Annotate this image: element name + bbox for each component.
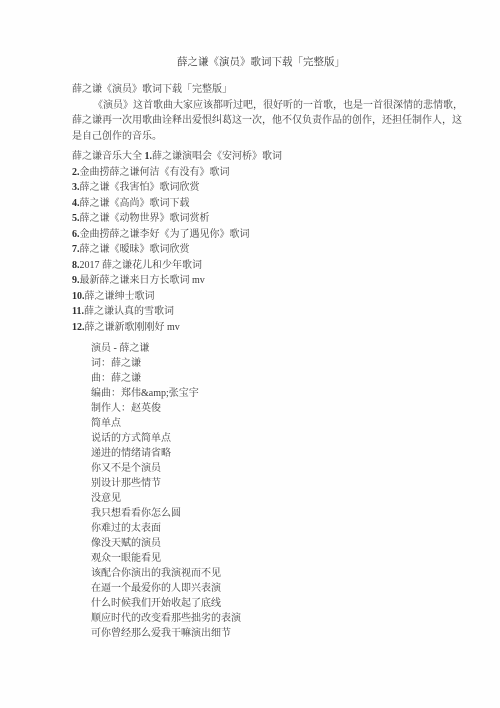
list-item-number: 7. — [72, 244, 80, 255]
list-item-number: 5. — [72, 213, 80, 224]
list-item-number: 4. — [72, 198, 80, 209]
list-item-number: 8. — [72, 260, 80, 271]
list-item: 10.薛之谦绅士歌词 — [72, 289, 450, 305]
lyric-line: 别设计那些情节 — [91, 476, 450, 491]
list-item-text: 薛之谦绅士歌词 — [85, 291, 155, 302]
intro-paragraph-line: 《演员》这首歌曲大家应该都听过吧，很好听的一首歌，也是一首很深情的悲情歌， — [72, 98, 450, 114]
list-item-text: 薛之谦《动物世界》歌词赏析 — [80, 213, 210, 224]
list-item-text: 金曲捞薛之谦何洁《有没有》歌词 — [80, 167, 230, 178]
list-item-number: 9. — [72, 275, 80, 286]
list-item: 7.薛之谦《暧昧》歌词欣赏 — [72, 242, 450, 258]
intro-heading: 薛之谦《演员》歌词下载「完整版」 — [72, 82, 450, 98]
list-item-text: 薛之谦认真的雪歌词 — [84, 306, 174, 317]
document-page: 薛之谦《演员》歌词下载「完整版」 薛之谦《演员》歌词下载「完整版」 《演员》这首… — [0, 0, 500, 708]
list-item-text: 薛之谦《暧昧》歌词欣赏 — [80, 244, 190, 255]
list-item-text: 薛之谦演唱会《安河桥》歌词 — [152, 151, 282, 162]
lyric-line: 你又不是个演员 — [91, 461, 450, 476]
list-item-text: 2017 薛之谦花儿和少年歌词 — [80, 260, 203, 271]
lyric-credit-line: 词：薛之谦 — [91, 356, 450, 371]
list-item-text: 最新薛之谦来日方长歌词 mv — [80, 275, 205, 286]
lyric-line: 观众一眼能看见 — [91, 551, 450, 566]
intro-section: 薛之谦《演员》歌词下载「完整版」 《演员》这首歌曲大家应该都听过吧，很好听的一首… — [72, 82, 450, 144]
list-item-text: 薛之谦《我害怕》歌词欣赏 — [80, 182, 200, 193]
list-item: 8.2017 薛之谦花儿和少年歌词 — [72, 258, 450, 274]
lyric-line: 没意见 — [91, 491, 450, 506]
lyric-line: 你难过的太表面 — [91, 521, 450, 536]
lyric-credit-line: 制作人：赵英俊 — [91, 401, 450, 416]
list-item-text: 薛之谦新歌刚刚好 mv — [85, 322, 180, 333]
list-item-number: 1. — [145, 151, 153, 162]
lyric-line: 顺应时代的改变看那些拙劣的表演 — [91, 611, 450, 626]
list-item: 9.最新薛之谦来日方长歌词 mv — [72, 273, 450, 289]
lyrics-section: 演员 - 薛之谦 词：薛之谦 曲：薛之谦 编曲：郑伟&amp;张宝宇 制作人：赵… — [72, 341, 450, 641]
lyric-credit-line: 曲：薛之谦 — [91, 371, 450, 386]
list-item-text: 薛之谦《高尚》歌词下载 — [80, 198, 190, 209]
list-item-number: 6. — [72, 229, 80, 240]
lyric-line: 可你曾经那么爱我干嘛演出细节 — [91, 626, 450, 641]
list-item-number: 3. — [72, 182, 80, 193]
page-title: 薛之谦《演员》歌词下载「完整版」 — [72, 55, 450, 71]
list-item-text: 金曲捞薛之谦李好《为了遇见你》歌词 — [80, 229, 250, 240]
lyric-line: 什么时候我们开始收起了底线 — [91, 596, 450, 611]
list-item: 3.薛之谦《我害怕》歌词欣赏 — [72, 180, 450, 196]
list-item: 5.薛之谦《动物世界》歌词赏析 — [72, 211, 450, 227]
lyric-credit-line: 演员 - 薛之谦 — [91, 341, 450, 356]
lyric-line: 该配合你演出的我演视而不见 — [91, 566, 450, 581]
list-item: 2.金曲捞薛之谦何洁《有没有》歌词 — [72, 165, 450, 181]
lyric-line: 递进的情绪请省略 — [91, 446, 450, 461]
lyric-line: 我只想看看你怎么圆 — [91, 506, 450, 521]
list-item-number: 2. — [72, 167, 80, 178]
lyric-line: 简单点 — [91, 416, 450, 431]
list-item-prefix: 薛之谦音乐大全 — [72, 151, 145, 162]
list-item: 薛之谦音乐大全 1.薛之谦演唱会《安河桥》歌词 — [72, 149, 450, 165]
list-item: 4.薛之谦《高尚》歌词下载 — [72, 196, 450, 212]
list-item: 12.薛之谦新歌刚刚好 mv — [72, 320, 450, 336]
list-item-number: 10. — [72, 291, 85, 302]
lyric-line: 像没天赋的演员 — [91, 536, 450, 551]
list-item: 6.金曲捞薛之谦李好《为了遇见你》歌词 — [72, 227, 450, 243]
intro-paragraph-line: 薛之谦再一次用歌曲诠释出爱恨纠葛这一次，他不仅负责作品的创作，还担任制作人，这 — [72, 113, 450, 129]
lyric-line: 说话的方式简单点 — [91, 431, 450, 446]
lyric-credit-line: 编曲：郑伟&amp;张宝宇 — [91, 386, 450, 401]
list-item: 11.薛之谦认真的雪歌词 — [72, 304, 450, 320]
list-item-number: 11. — [72, 306, 84, 317]
intro-paragraph-line: 是自己创作的音乐。 — [72, 129, 450, 145]
list-item-number: 12. — [72, 322, 85, 333]
lyric-line: 在逼一个最爱你的人即兴表演 — [91, 581, 450, 596]
related-songs-list: 薛之谦音乐大全 1.薛之谦演唱会《安河桥》歌词 2.金曲捞薛之谦何洁《有没有》歌… — [72, 149, 450, 335]
